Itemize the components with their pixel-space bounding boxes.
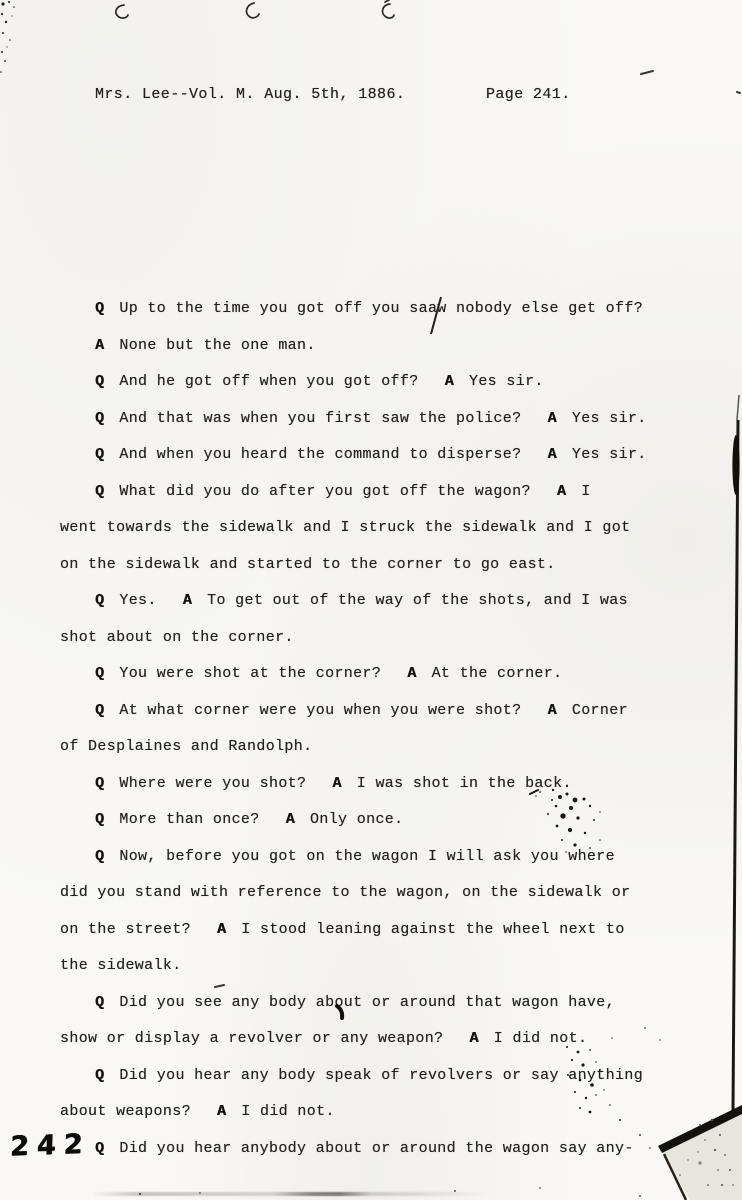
transcript-line: on the street?AI stood leaning against t… bbox=[60, 921, 625, 938]
line-text: Did you hear anybody about or around the… bbox=[119, 1140, 633, 1157]
line-text: At what corner were you when you were sh… bbox=[119, 702, 521, 719]
speaker-letter: A bbox=[407, 665, 416, 682]
line-text: about weapons? bbox=[60, 1103, 191, 1120]
transcript-line: went towards the sidewalk and I struck t… bbox=[60, 519, 630, 536]
line-text: I did not. bbox=[494, 1030, 588, 1047]
line-text: None but the one man. bbox=[119, 337, 315, 354]
line-text: Did you hear any body speak of revolvers… bbox=[119, 1067, 643, 1084]
line-text: And he got off when you got off? bbox=[119, 373, 418, 390]
line-text: on the sidewalk and started to the corne… bbox=[60, 556, 556, 573]
line-text: To get out of the way of the shots, and … bbox=[207, 592, 628, 609]
speaker-letter: A bbox=[332, 775, 341, 792]
speaker-letter: A bbox=[217, 1103, 226, 1120]
transcript-line: did you stand with reference to the wago… bbox=[60, 884, 630, 901]
line-text: went towards the sidewalk and I struck t… bbox=[60, 519, 630, 536]
transcript-line: QMore than once?AOnly once. bbox=[95, 811, 404, 828]
line-text: shot about on the corner. bbox=[60, 629, 294, 646]
speaker-letter: Q bbox=[95, 811, 104, 828]
line-text: What did you do after you got off the wa… bbox=[119, 483, 530, 500]
line-text: Corner bbox=[572, 702, 628, 719]
speaker-letter: A bbox=[286, 811, 295, 828]
line-text: At the corner. bbox=[432, 665, 563, 682]
transcript-line: QAnd that was when you first saw the pol… bbox=[95, 410, 647, 427]
speaker-letter: A bbox=[547, 410, 556, 427]
speaker-letter: Q bbox=[95, 775, 104, 792]
transcript-line: the sidewalk. bbox=[60, 957, 182, 974]
line-text: You were shot at the corner? bbox=[119, 665, 381, 682]
transcript-line: on the sidewalk and started to the corne… bbox=[60, 556, 556, 573]
line-text: I did not. bbox=[241, 1103, 335, 1120]
speaker-letter: Q bbox=[95, 410, 104, 427]
transcript-line: QDid you see any body about or around th… bbox=[95, 994, 615, 1011]
speaker-letter: A bbox=[547, 446, 556, 463]
speaker-letter: Q bbox=[95, 665, 104, 682]
transcript-line: shot about on the corner. bbox=[60, 629, 294, 646]
line-text: Yes. bbox=[119, 592, 156, 609]
transcript-line: QNow, before you got on the wagon I will… bbox=[95, 848, 615, 865]
line-text: show or display a revolver or any weapon… bbox=[60, 1030, 443, 1047]
transcript-line: QWhat did you do after you got off the w… bbox=[95, 483, 591, 500]
handwritten-page-number: 242 bbox=[9, 1129, 90, 1163]
transcript-line: QAnd he got off when you got off?AYes si… bbox=[95, 373, 544, 390]
speaker-letter: Q bbox=[95, 1140, 104, 1157]
transcript-line: QDid you hear anybody about or around th… bbox=[95, 1140, 634, 1157]
transcript-line: QAt what corner were you when you were s… bbox=[95, 702, 628, 719]
line-text: Only once. bbox=[310, 811, 404, 828]
speaker-letter: Q bbox=[95, 446, 104, 463]
line-text: Yes sir. bbox=[469, 373, 544, 390]
line-text: And that was when you first saw the poli… bbox=[119, 410, 521, 427]
line-text: I stood leaning against the wheel next t… bbox=[241, 921, 624, 938]
line-text: Yes sir. bbox=[572, 446, 647, 463]
transcript-line: ANone but the one man. bbox=[95, 337, 316, 354]
speaker-letter: Q bbox=[95, 702, 104, 719]
transcript-body: QUp to the time you got off you saaw nob… bbox=[0, 0, 742, 1200]
transcript-line: QWhere were you shot?AI was shot in the … bbox=[95, 775, 572, 792]
line-text: I bbox=[581, 483, 590, 500]
speaker-letter: Q bbox=[95, 300, 104, 317]
transcript-line: QYes.ATo get out of the way of the shots… bbox=[95, 592, 628, 609]
speaker-letter: A bbox=[217, 921, 226, 938]
speaker-letter: Q bbox=[95, 373, 104, 390]
line-text: Did you see any body about or around tha… bbox=[119, 994, 615, 1011]
transcript-line: of Desplaines and Randolph. bbox=[60, 738, 313, 755]
speaker-letter: Q bbox=[95, 592, 104, 609]
bottom-smudge-mark bbox=[92, 1192, 492, 1196]
transcript-line: show or display a revolver or any weapon… bbox=[60, 1030, 587, 1047]
line-text: Where were you shot? bbox=[119, 775, 306, 792]
scanned-transcript-page: Mrs. Lee--Vol. M. Aug. 5th, 1886. Page 2… bbox=[0, 0, 742, 1200]
line-text: More than once? bbox=[119, 811, 259, 828]
line-text: I was shot in the back. bbox=[357, 775, 572, 792]
transcript-line: QAnd when you heard the command to dispe… bbox=[95, 446, 647, 463]
speaker-letter: Q bbox=[95, 848, 104, 865]
transcript-line: QUp to the time you got off you saaw nob… bbox=[95, 300, 643, 317]
line-text: of Desplaines and Randolph. bbox=[60, 738, 313, 755]
speaker-letter: A bbox=[547, 702, 556, 719]
speaker-letter: A bbox=[557, 483, 566, 500]
speaker-letter: Q bbox=[95, 483, 104, 500]
line-text: the sidewalk. bbox=[60, 957, 182, 974]
speaker-letter: A bbox=[445, 373, 454, 390]
transcript-line: QYou were shot at the corner?AAt the cor… bbox=[95, 665, 562, 682]
speaker-letter: Q bbox=[95, 994, 104, 1011]
line-text: Up to the time you got off you saaw nobo… bbox=[119, 300, 643, 317]
line-text: Yes sir. bbox=[572, 410, 647, 427]
speaker-letter: A bbox=[469, 1030, 478, 1047]
speaker-letter: Q bbox=[95, 1067, 104, 1084]
speaker-letter: A bbox=[95, 337, 104, 354]
transcript-line: QDid you hear any body speak of revolver… bbox=[95, 1067, 643, 1084]
line-text: did you stand with reference to the wago… bbox=[60, 884, 630, 901]
line-text: on the street? bbox=[60, 921, 191, 938]
line-text: And when you heard the command to disper… bbox=[119, 446, 521, 463]
line-text: Now, before you got on the wagon I will … bbox=[119, 848, 615, 865]
transcript-line: about weapons?AI did not. bbox=[60, 1103, 335, 1120]
speaker-letter: A bbox=[183, 592, 192, 609]
